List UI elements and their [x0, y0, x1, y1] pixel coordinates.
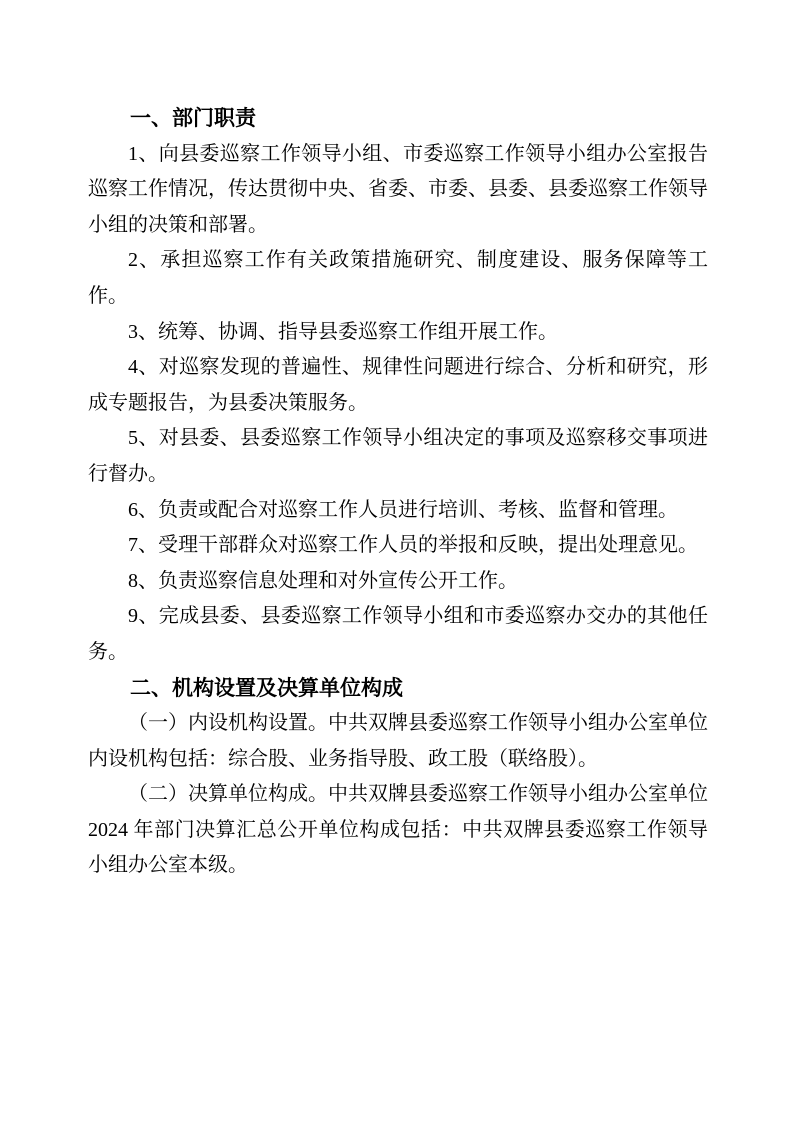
- duty-item-6: 6、负责或配合对巡察工作人员进行培训、考核、监督和管理。: [88, 493, 708, 529]
- duty-item-5: 5、对县委、县委巡察工作领导小组决定的事项及巡察移交事项进行督办。: [88, 421, 708, 492]
- org-internal-setup-paragraph: （一）内设机构设置。中共双牌县委巡察工作领导小组办公室单位内设机构包括：综合股、…: [88, 706, 708, 777]
- document-page: 一、部门职责 1、向县委巡察工作领导小组、市委巡察工作领导小组办公室报告巡察工作…: [0, 0, 793, 1122]
- duty-item-2: 2、承担巡察工作有关政策措施研究、制度建设、服务保障等工作。: [88, 243, 708, 314]
- heading-org-structure: 二、机构设置及决算单位构成: [88, 671, 708, 707]
- duty-item-4: 4、对巡察发现的普遍性、规律性问题进行综合、分析和研究，形成专题报告，为县委决策…: [88, 350, 708, 421]
- document-content: 一、部门职责 1、向县委巡察工作领导小组、市委巡察工作领导小组办公室报告巡察工作…: [88, 101, 708, 884]
- duty-item-1: 1、向县委巡察工作领导小组、市委巡察工作领导小组办公室报告巡察工作情况，传达贯彻…: [88, 137, 708, 244]
- org-final-accounts-paragraph: （二）决算单位构成。中共双牌县委巡察工作领导小组办公室单位2024 年部门决算汇…: [88, 777, 708, 884]
- duty-item-8: 8、负责巡察信息处理和对外宣传公开工作。: [88, 564, 708, 600]
- duty-item-7: 7、受理干部群众对巡察工作人员的举报和反映，提出处理意见。: [88, 528, 708, 564]
- duty-item-3: 3、统筹、协调、指导县委巡察工作组开展工作。: [88, 315, 708, 351]
- heading-department-duties: 一、部门职责: [88, 101, 708, 137]
- duty-item-9: 9、完成县委、县委巡察工作领导小组和市委巡察办交办的其他任务。: [88, 599, 708, 670]
